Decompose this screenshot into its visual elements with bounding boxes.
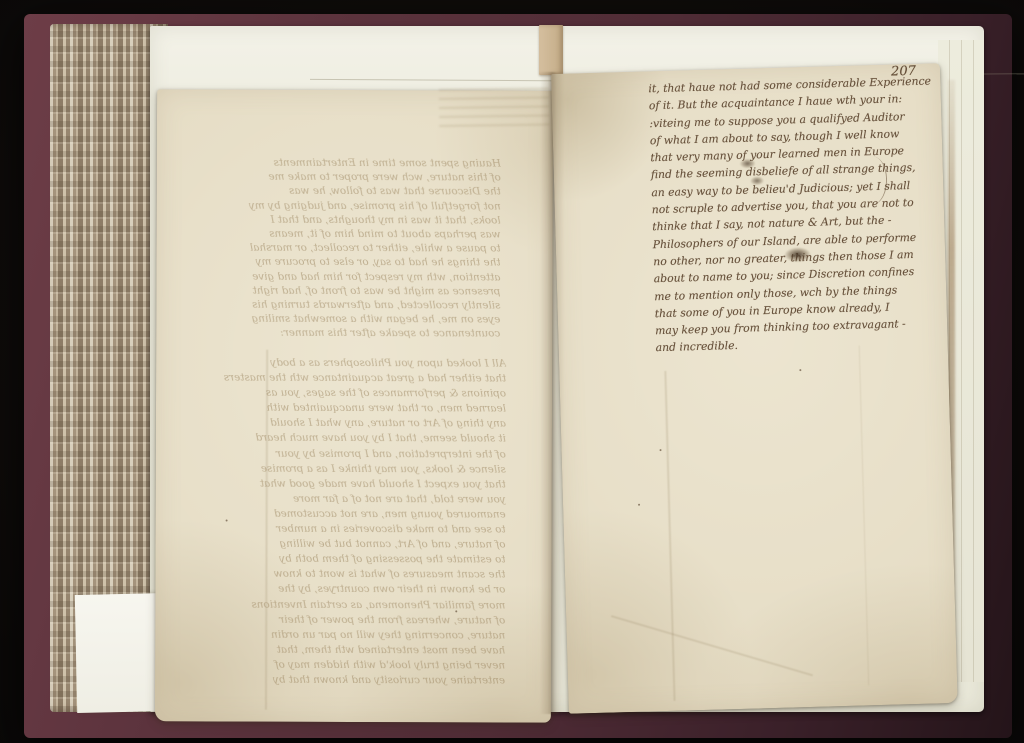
bleedthrough-line: opinions & performances of the sages, yo… [162, 386, 506, 402]
bleedthrough-block-lower: All I looked upon you Philosophers as a … [161, 355, 506, 688]
photograph-background: Hauing spent some time in Entertainments… [0, 0, 1024, 743]
bleedthrough-line: you were told, that are not of a far mor… [162, 491, 506, 507]
paper-speck [638, 504, 640, 506]
bleedthrough-line: nature, concerning they will no par un o… [161, 627, 505, 643]
bleedthrough-line: Hauing spent some time in Entertainments [169, 155, 501, 170]
bleedthrough-line: that either had a great acquaintance wth… [162, 370, 506, 386]
paper-speck [799, 369, 801, 371]
bleedthrough-line: All I looked upon you Philosophers as a … [162, 355, 506, 371]
bleedthrough-line: of nature, whereas from the power of the… [161, 612, 505, 628]
bleedthrough-line: of nature, and of Art, cannot but be wil… [161, 536, 505, 552]
bleedthrough-line: of the interpretation, and I promise by … [162, 446, 506, 462]
bleedthrough-line: that you expect I should have made good … [162, 476, 506, 492]
bleedthrough-line: the scant measures of what is wont to kn… [161, 567, 505, 583]
bleedthrough-line: silence & looks, you may thinke I as a p… [162, 461, 506, 477]
bleedthrough-line: more familiar Phenomena, as certain Inve… [161, 597, 505, 613]
paper-speck [226, 520, 228, 522]
paper-speck [660, 449, 662, 451]
bleedthrough-line: countenance to speake after this manner: [168, 326, 500, 341]
paper-speck [455, 610, 457, 612]
bleedthrough-line: silently recollected, and afterwards tur… [168, 297, 500, 312]
bleedthrough-line: eyes on me, he began with a somewhat smi… [168, 311, 500, 326]
bleedthrough-line: the Discourse that was to follow, he was [169, 184, 501, 199]
bleedthrough-line: of this nature, wch were proper to make … [169, 170, 501, 185]
bleedthrough-line: enamoured young men, are not accustomed [162, 506, 506, 522]
paper-wrinkle [611, 615, 813, 676]
bleedthrough-line: to estimate the possessing of them both … [161, 552, 505, 568]
bleedthrough-line: looks, that it was in my thoughts, and t… [169, 212, 501, 227]
paper-crease [859, 345, 869, 685]
bleedthrough-line: presence as might be was to front of, ha… [168, 283, 500, 298]
manuscript-right-page: 207 it, that haue not had some considera… [551, 63, 958, 714]
manuscript-left-page: Hauing spent some time in Entertainments… [155, 89, 553, 722]
bleedthrough-line: attention, wth my respect for him had an… [168, 269, 500, 284]
bleedthrough-line: learned men, or that were unacquainted w… [162, 401, 506, 417]
bleedthrough-block-upper: Hauing spent some time in Entertainments… [168, 155, 501, 341]
bleedthrough-smudge [439, 88, 550, 130]
bleedthrough-line: never being truly look'd with hidden may… [161, 657, 505, 673]
bookmark-tab [539, 25, 563, 75]
bleedthrough-line: to pause a while, either to recollect, o… [169, 240, 501, 255]
bleedthrough-line: entertaine your curiosity and known that… [161, 672, 505, 688]
bleedthrough-line: the things he had to say, or else to pro… [168, 255, 500, 270]
bleedthrough-line: was perhaps about to mind him of it, mea… [169, 226, 501, 241]
manuscript-text: it, that haue not had some considerable … [648, 73, 934, 357]
bleedthrough-line: to see and to make discoveries in a numb… [162, 521, 506, 537]
bleedthrough-line: or be known in their own countryes, by t… [161, 582, 505, 598]
bleedthrough-line: not forgetfull of his promise, and judgi… [169, 198, 501, 213]
bleedthrough-line: it should seeme, that I by you have much… [162, 431, 506, 447]
bleedthrough-line: have been most entertained wth them, tha… [161, 642, 505, 658]
bleedthrough-line: any thing of Art or nature, any what I s… [162, 416, 506, 432]
paper-crease [664, 371, 675, 701]
